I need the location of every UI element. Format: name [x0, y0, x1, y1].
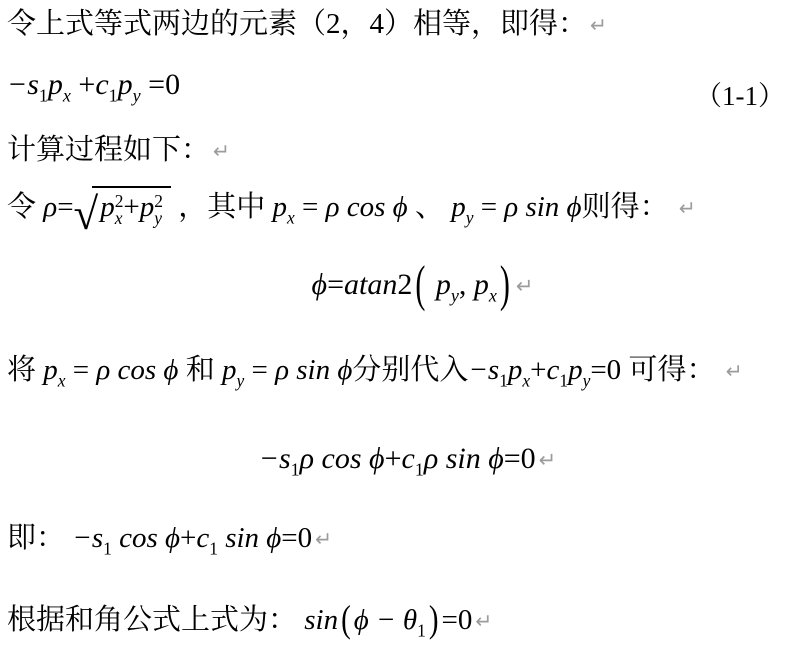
paragraph-rho-definition: 令 ρ=√p2x+p2y ，其中 px = ρ cos ϕ 、 py = ρ s…	[7, 186, 783, 235]
paragraph-mark-icon: ↵	[513, 274, 534, 298]
math-token: =	[66, 354, 97, 386]
math-token: ρ sin ϕ	[275, 354, 352, 386]
math-token: c	[401, 442, 414, 475]
paragraph-process: 计算过程如下：↵	[7, 132, 783, 168]
math-token: 令上式等式两边的元素（2，4）相等，即得：	[7, 8, 587, 40]
math-token: 1	[499, 370, 508, 390]
math-token: 1	[109, 86, 118, 106]
math-token: 1	[417, 620, 426, 640]
math-token: 将	[7, 354, 43, 386]
math-token: 则得：	[582, 191, 676, 223]
script-stack: 2y	[154, 193, 163, 229]
math-token: p	[140, 191, 155, 223]
math-token: 令	[7, 191, 43, 223]
math-token: p	[118, 68, 133, 101]
paragraph-substitute: 将 px = ρ cos ϕ 和 py = ρ sin ϕ分别代入−s1px+c…	[7, 352, 783, 392]
math-token: −s	[7, 68, 39, 101]
math-token: =0	[504, 442, 536, 475]
math-token: 1	[103, 538, 112, 558]
document-page: 令上式等式两边的元素（2，4）相等，即得：↵ −s1px +c1py =0 （1…	[0, 0, 787, 650]
math-token: +	[385, 442, 402, 475]
math-token: p	[43, 354, 58, 386]
math-token: c	[196, 522, 209, 554]
math-token: −s	[259, 442, 291, 475]
math-token: ρ cos ϕ	[326, 191, 408, 223]
math-token: 分别代入	[352, 354, 468, 386]
math-token: ρ sin ϕ	[424, 442, 504, 475]
equation-number: （1-1）	[695, 74, 785, 113]
math-token: +	[530, 354, 546, 386]
math-token: p	[508, 354, 523, 386]
math-token: +	[180, 522, 196, 554]
math-token: cos ϕ	[112, 522, 180, 554]
math-token: x	[489, 286, 497, 306]
paragraph-mark-icon: ↵	[536, 448, 557, 472]
equation-1-1: −s1px +c1py =0	[7, 66, 783, 107]
math-token: 和	[178, 354, 222, 386]
math-token: −s	[72, 522, 103, 554]
math-token: +	[123, 191, 139, 223]
equation-atan2: ϕ=atan2( py, px)↵	[7, 266, 783, 307]
math-token: =	[295, 191, 326, 223]
big-paren: (	[341, 597, 351, 644]
math-token: =	[57, 191, 73, 223]
math-token: 计算过程如下：	[7, 134, 210, 166]
math-token: y	[133, 86, 141, 106]
math-token: =0	[281, 522, 312, 554]
math-token: =0	[590, 354, 621, 386]
big-paren: )	[500, 253, 510, 317]
paragraph-mark-icon: ↵	[472, 609, 492, 633]
math-token: ϕ − θ	[354, 604, 417, 636]
big-paren: (	[415, 253, 425, 317]
paragraph-mark-icon: ↵	[676, 196, 696, 220]
math-token: p	[451, 191, 466, 223]
math-token: y	[451, 286, 459, 306]
big-paren: )	[429, 597, 439, 644]
paragraph-mark-icon: ↵	[312, 527, 332, 551]
math-token: 2	[397, 268, 412, 301]
math-token: ，其中	[171, 191, 273, 223]
paragraph-angle-sum: 根据和角公式上式为： sin(ϕ − θ1)=0↵	[7, 602, 783, 642]
math-token: =	[473, 191, 504, 223]
math-token: 1	[39, 86, 48, 106]
math-token: p	[428, 268, 451, 301]
math-token: p	[48, 68, 63, 101]
math-token: ρ cos ϕ	[300, 442, 385, 475]
math-token: 可得：	[621, 354, 723, 386]
math-token: 、	[408, 191, 452, 223]
math-token: ϕ	[312, 268, 328, 301]
math-token: 1	[291, 460, 300, 480]
math-token: 1	[415, 460, 424, 480]
math-token: =	[327, 268, 344, 301]
math-token: p	[273, 191, 288, 223]
math-token: x	[63, 86, 71, 106]
paragraph-mark-icon: ↵	[723, 359, 743, 383]
paragraph-intro: 令上式等式两边的元素（2，4）相等，即得：↵	[7, 6, 783, 42]
math-token: 即：	[7, 522, 72, 554]
math-token: ρ	[43, 191, 57, 223]
math-token: ,	[459, 268, 474, 301]
math-token: −s	[468, 354, 499, 386]
math-token: 1	[209, 538, 218, 558]
math-token: =0	[441, 604, 472, 636]
math-token: 1	[559, 370, 568, 390]
math-token: c	[547, 354, 560, 386]
math-token: x	[287, 207, 295, 227]
math-token: p	[474, 268, 489, 301]
math-token: ρ cos ϕ	[96, 354, 178, 386]
math-token: p	[222, 354, 237, 386]
math-token: atan	[344, 268, 397, 301]
equation-rho-expanded: −s1ρ cos ϕ+c1ρ sin ϕ=0↵	[7, 440, 783, 481]
paragraph-simplified: 即： −s1 cos ϕ+c1 sin ϕ=0↵	[7, 520, 783, 560]
math-token: x	[58, 370, 66, 390]
paragraph-mark-icon: ↵	[587, 13, 607, 37]
math-token: +	[71, 68, 95, 101]
math-token: ρ sin ϕ	[504, 191, 581, 223]
radicand: p2x+p2y	[92, 186, 171, 228]
math-token: p	[100, 191, 115, 223]
math-token: =	[244, 354, 275, 386]
math-token: sin ϕ	[218, 522, 281, 554]
math-token: p	[568, 354, 583, 386]
paragraph-mark-icon: ↵	[210, 139, 230, 163]
math-token: 根据和角公式上式为：	[7, 604, 304, 636]
math-token: c	[95, 68, 108, 101]
math-token: sin	[304, 604, 338, 636]
math-token: =0	[141, 68, 180, 101]
math-token: x	[522, 370, 530, 390]
